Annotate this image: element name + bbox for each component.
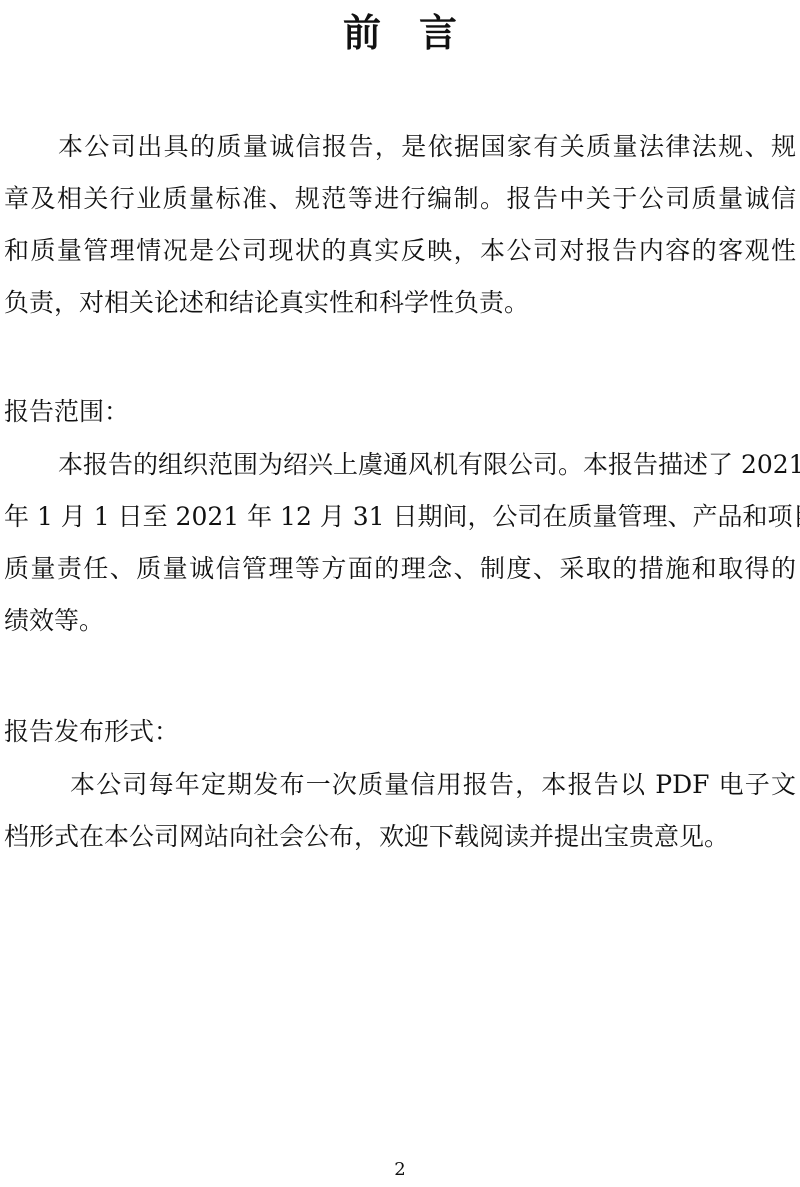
- paragraph-line: 本公司每年定期发布一次质量信用报告，本报告以 PDF 电子文: [70, 769, 796, 801]
- paragraph-line: 本公司出具的质量诚信报告，是依据国家有关质量法律法规、规: [58, 131, 796, 163]
- section-heading-publication-format: 报告发布形式：: [4, 716, 796, 748]
- paragraph-line: 章及相关行业质量标准、规范等进行编制。报告中关于公司质量诚信: [4, 183, 796, 215]
- paragraph-line: 档形式在本公司网站向社会公布，欢迎下载阅读并提出宝贵意见。: [4, 821, 796, 853]
- section-heading-report-scope: 报告范围：: [4, 396, 796, 428]
- paragraph-line: 质量责任、质量诚信管理等方面的理念、制度、采取的措施和取得的: [4, 553, 796, 585]
- paragraph-line: 和质量管理情况是公司现状的真实反映，本公司对报告内容的客观性: [4, 235, 796, 267]
- page-title: 前言: [0, 8, 800, 58]
- paragraph-line: 绩效等。: [4, 605, 796, 637]
- paragraph-line: 本报告的组织范围为绍兴上虞通风机有限公司。本报告描述了 2021: [58, 449, 796, 481]
- paragraph-line: 负责，对相关论述和结论真实性和科学性负责。: [4, 287, 796, 319]
- page-number: 2: [0, 1158, 800, 1182]
- paragraph-line: 年 1 月 1 日至 2021 年 12 月 31 日期间，公司在质量管理、产品…: [4, 501, 796, 533]
